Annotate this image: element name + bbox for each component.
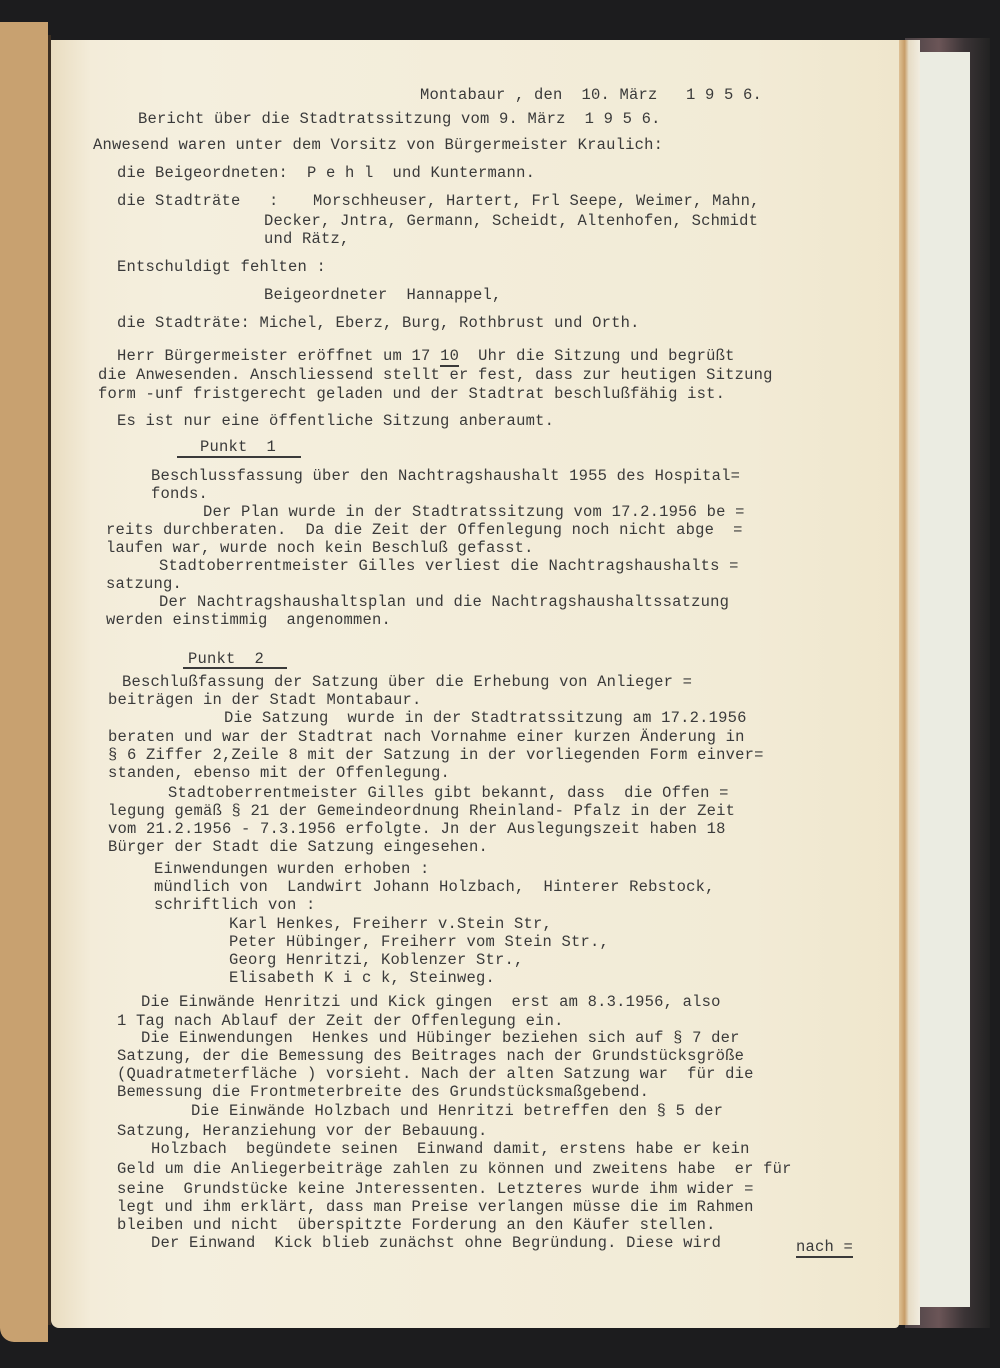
document-page: Montabaur , den 10. März 1 9 5 6. Berich… xyxy=(51,40,899,1328)
punkt-2-line: Geld um die Anliegerbeiträge zahlen zu k… xyxy=(117,1160,792,1178)
punkt-1-line: Der Nachtragshaushaltsplan und die Nacht… xyxy=(159,593,729,611)
stadtraete-label: die Stadträte : xyxy=(117,192,279,210)
punkt-2-line: standen, ebenso mit der Offenlegung. xyxy=(108,764,450,782)
punkt-2-line: Die Einwände Holzbach und Henritzi betre… xyxy=(191,1102,723,1120)
absent-beigeordneter: Beigeordneter Hannappel, xyxy=(264,286,502,304)
punkt-2-line: Der Einwand Kick blieb zunächst ohne Beg… xyxy=(151,1234,721,1252)
punkt-1-line: Der Plan wurde in der Stadtratssitzung v… xyxy=(203,503,745,521)
punkt-2-line: beraten und war der Stadtrat nach Vornah… xyxy=(108,728,745,746)
punkt-2-line: Einwendungen wurden erhoben : xyxy=(154,860,430,878)
punkt-2-line: Stadtoberrentmeister Gilles gibt bekannt… xyxy=(168,784,729,802)
punkt-2-line: Bürger der Stadt die Satzung eingesehen. xyxy=(108,838,488,856)
place-date: Montabaur , den 10. März 1 9 5 6. xyxy=(420,86,762,104)
continuation-marker: nach = xyxy=(796,1238,853,1258)
punkt-2-line: Satzung, der die Bemessung des Beitrages… xyxy=(117,1047,744,1065)
punkt-2-line: beiträgen in der Stadt Montabaur. xyxy=(108,691,422,709)
left-page xyxy=(0,22,48,1342)
punkt-2-line: legt und ihm erklärt, dass man Preise ve… xyxy=(117,1198,754,1216)
punkt-2-line: legung gemäß § 21 der Gemeindeordnung Rh… xyxy=(108,802,735,820)
punkt-2-line: Beschlußfassung der Satzung über die Erh… xyxy=(122,673,692,691)
punkt-2-underline xyxy=(183,667,287,669)
stadtraete-line-2: Decker, Jntra, Germann, Scheidt, Altenho… xyxy=(264,212,758,230)
stadtraete-line-1: Morschheuser, Hartert, Frl Seepe, Weimer… xyxy=(313,192,760,210)
punkt-2-line: Die Satzung wurde in der Stadtratssitzun… xyxy=(224,709,747,727)
objector-huebinger: Peter Hübinger, Freiherr vom Stein Str., xyxy=(229,933,609,951)
punkt-1-line: fonds. xyxy=(151,485,208,503)
opening-line-2: die Anwesenden. Anschliessend stellt er … xyxy=(98,366,773,384)
punkt-2-heading: Punkt 2 xyxy=(188,650,264,668)
opening-text-a: Herr Bürgermeister eröffnet um 17 xyxy=(117,347,440,365)
back-sheet xyxy=(920,52,970,1307)
report-title: Bericht über die Stadtratssitzung vom 9.… xyxy=(138,110,661,128)
punkt-2-line: bleiben und nicht überspitzte Forderung … xyxy=(117,1216,716,1234)
beigeordnete-present: die Beigeordneten: P e h l und Kunterman… xyxy=(117,164,535,182)
punkt-2-line: Satzung, Heranziehung vor der Bebauung. xyxy=(117,1122,488,1140)
punkt-1-line: reits durchberaten. Da die Zeit der Offe… xyxy=(106,521,743,539)
punkt-1-line: Stadtoberrentmeister Gilles verliest die… xyxy=(159,557,739,575)
absent-label: Entschuldigt fehlten : xyxy=(117,258,326,276)
punkt-2-line: Die Einwände Henritzi und Kick gingen er… xyxy=(141,993,721,1011)
punkt-2-line: vom 21.2.1956 - 7.3.1956 erfolgte. Jn de… xyxy=(108,820,726,838)
stadtraete-line-3: und Rätz, xyxy=(264,230,350,248)
attendance-intro: Anwesend waren unter dem Vorsitz von Bür… xyxy=(93,136,663,154)
punkt-2-line: Bemessung die Frontmeterbreite des Grund… xyxy=(117,1083,649,1101)
objector-henkes: Karl Henkes, Freiherr v.Stein Str, xyxy=(229,915,552,933)
punkt-2-line: (Quadratmeterfläche ) vorsieht. Nach der… xyxy=(117,1065,754,1083)
punkt-2-line: 1 Tag nach Ablauf der Zeit der Offenlegu… xyxy=(117,1012,564,1030)
punkt-1-line: satzung. xyxy=(106,575,182,593)
public-session-note: Es ist nur eine öffentliche Sitzung anbe… xyxy=(117,412,554,430)
punkt-2-line: Holzbach begündete seinen Einwand damit,… xyxy=(151,1140,750,1158)
punkt-1-line: laufen war, wurde noch kein Beschluß gef… xyxy=(106,539,534,557)
opening-line-3: form -unf fristgerecht geladen und der S… xyxy=(98,385,725,403)
absent-stadtraete: die Stadträte: Michel, Eberz, Burg, Roth… xyxy=(117,314,640,332)
punkt-2-line: Die Einwendungen Henkes und Hübinger bez… xyxy=(141,1029,740,1047)
punkt-2-line: § 6 Ziffer 2,Zeile 8 mit der Satzung in … xyxy=(108,746,764,764)
punkt-2-line: seine Grundstücke keine Jnteressenten. L… xyxy=(117,1180,754,1198)
punkt-2-line: schriftlich von : xyxy=(154,896,316,914)
punkt-1-heading: Punkt 1 xyxy=(200,438,276,456)
opening-line-1: Herr Bürgermeister eröffnet um 17 10 Uhr… xyxy=(117,347,735,365)
punkt-2-line: mündlich von Landwirt Johann Holzbach, H… xyxy=(154,878,715,896)
punkt-1-line: Beschlussfassung über den Nachtragshaush… xyxy=(151,467,740,485)
punkt-1-underline xyxy=(177,456,301,458)
punkt-1-line: werden einstimmig angenommen. xyxy=(106,611,391,629)
objector-kick: Elisabeth K i c k, Steinweg. xyxy=(229,969,495,987)
objector-henritzi: Georg Henritzi, Koblenzer Str., xyxy=(229,951,524,969)
opening-time-minutes: 10 xyxy=(440,347,459,367)
opening-text-b: Uhr die Sitzung und begrüßt xyxy=(459,347,735,365)
